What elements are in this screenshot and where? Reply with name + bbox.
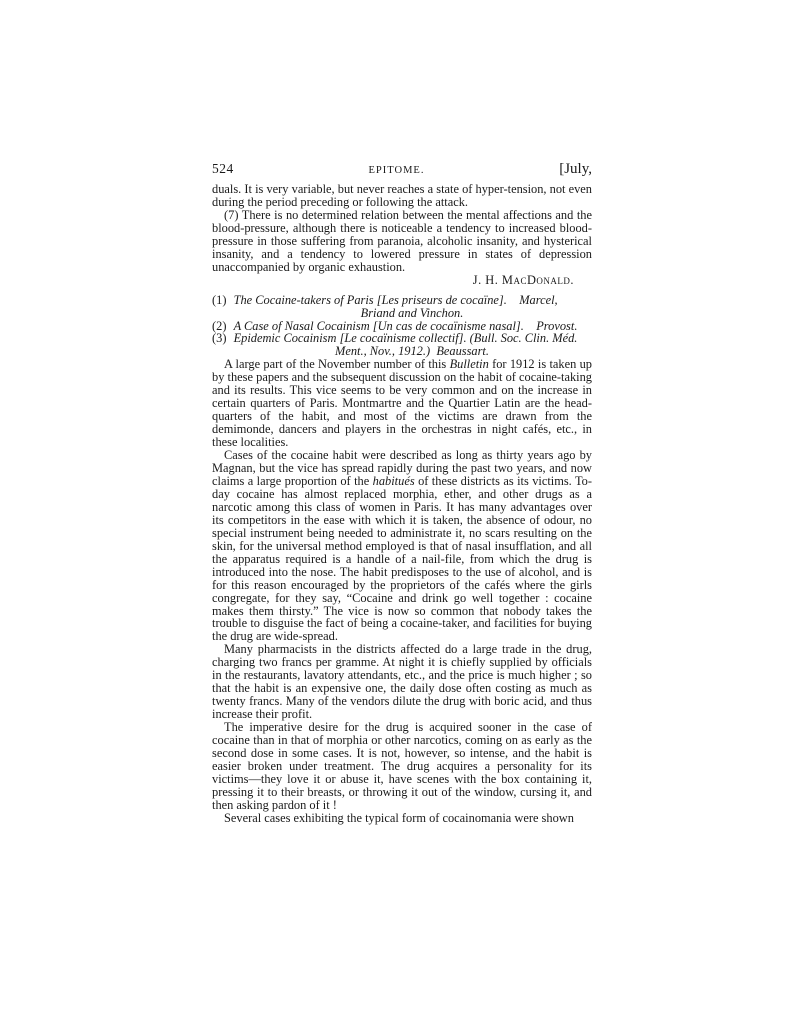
reference-title: Epidemic Cocainism <box>234 331 337 345</box>
page-number: 524 <box>212 163 234 176</box>
issue-label: [July, <box>559 163 592 176</box>
body-paragraph: Many pharmacists in the districts affect… <box>212 643 592 721</box>
running-title: EPITOME. <box>369 165 425 178</box>
running-head: 524 EPITOME. [July, <box>212 163 592 183</box>
body-paragraph: Cases of the cocaine habit were describe… <box>212 449 592 643</box>
paragraph-point-7: (7) There is no determined relation betw… <box>212 209 592 274</box>
author-signature: J. H. MacDonald. <box>212 274 592 287</box>
reference-item: (3) Epidemic Cocainism [Le cocaïnisme co… <box>212 332 592 358</box>
references: (1) The Cocaine-takers of Paris [Les pri… <box>212 294 592 359</box>
paragraph-continued: duals. It is very variable, but never re… <box>212 183 592 209</box>
reference-original: [Les priseurs de cocaïne]. <box>377 293 507 307</box>
body-paragraph: The imperative desire for the drug is ac… <box>212 721 592 812</box>
reference-original: [Un cas de cocaïnisme nasal]. <box>373 319 524 333</box>
body-paragraph: Several cases exhibiting the typical for… <box>212 812 592 825</box>
reference-source: (Bull. Soc. Clin. Méd. <box>470 331 578 345</box>
reference-authors: Provost. <box>536 319 577 333</box>
reference-title: The Cocaine-takers of Paris <box>234 293 374 307</box>
reference-original: [Le cocaïnisme collectif]. <box>340 331 467 345</box>
reference-title: A Case of Nasal Cocainism <box>234 319 370 333</box>
reference-item: (1) The Cocaine-takers of Paris [Les pri… <box>212 294 592 320</box>
journal-page: 524 EPITOME. [July, duals. It is very va… <box>212 163 592 825</box>
body-paragraph: A large part of the November number of t… <box>212 358 592 449</box>
reference-authors: Marcel, <box>519 293 557 307</box>
